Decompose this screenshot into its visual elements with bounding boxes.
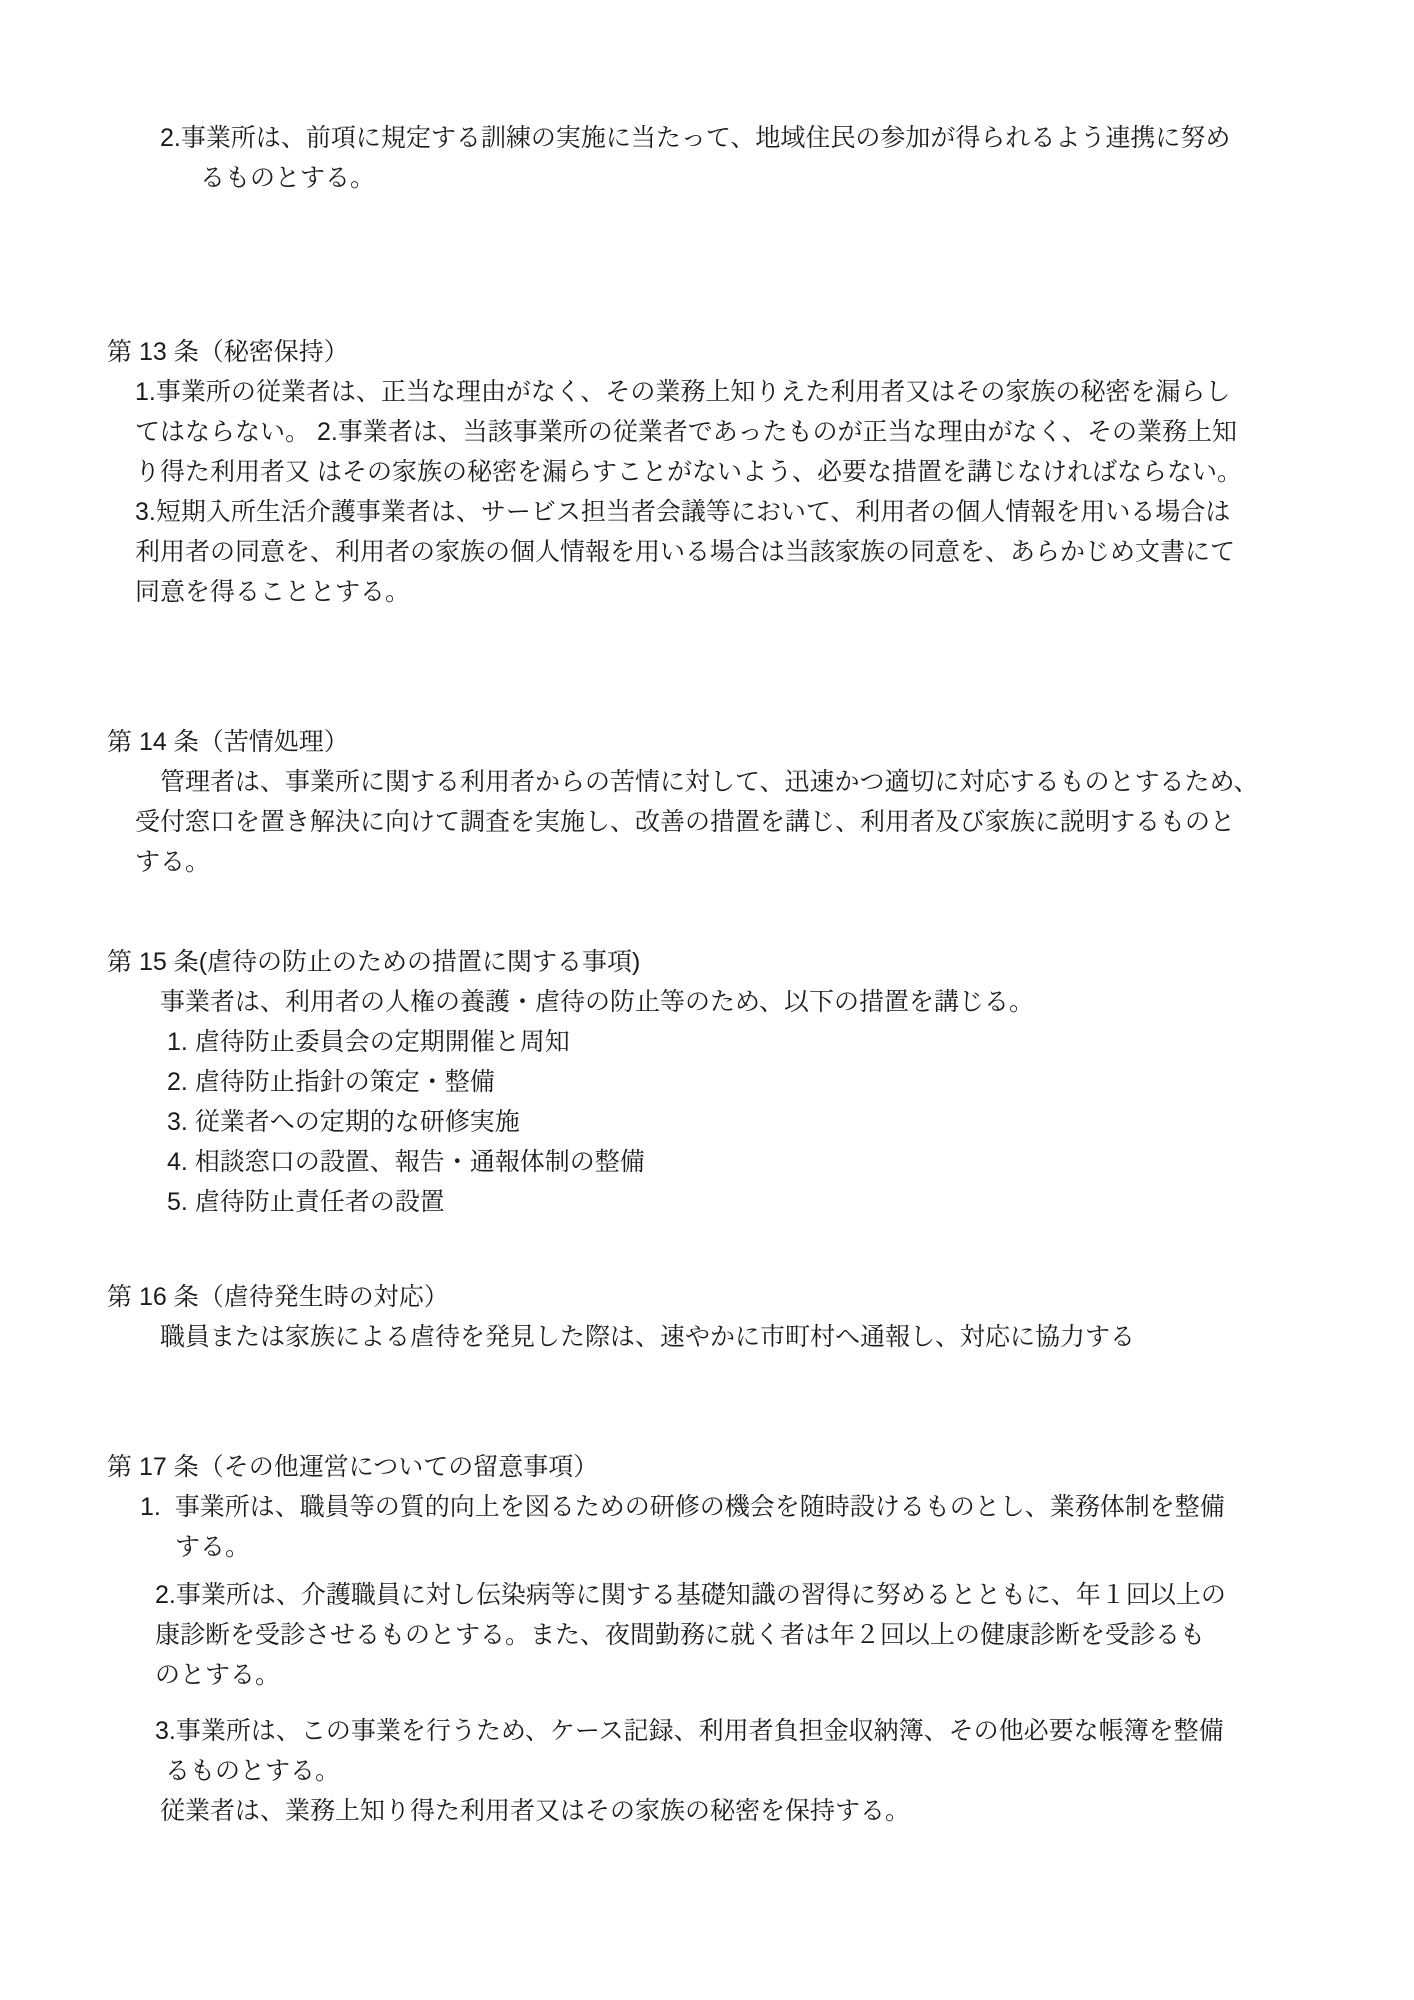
paragraph-line: てはならない。 2.事業者は、当該事業所の従業者であったものが正当な理由がなく、…	[135, 412, 1324, 452]
paragraph-line: 3.短期入所生活介護事業者は、サービス担当者会議等において、利用者の個人情報を用…	[135, 492, 1324, 532]
paragraph-line: 利用者の同意を、利用者の家族の個人情報を用いる場合は当該家族の同意を、あらかじめ…	[135, 532, 1324, 572]
section-article-13: 第 13 条（秘密保持） 1.事業所の従業者は、正当な理由がなく、その業務上知り…	[107, 332, 1324, 612]
list-item: 3. 従業者への定期的な研修実施	[167, 1102, 1324, 1142]
list-item: 2. 虐待防止指針の策定・整備	[167, 1062, 1324, 1102]
paragraph-line: する。	[175, 1527, 1324, 1567]
paragraph-line: 康診断を受診させるものとする。また、夜間勤務に就く者は年２回以上の健康診断を受診…	[155, 1615, 1324, 1655]
paragraph-line: 職員または家族による虐待を発見した際は、速やかに市町村へ通報し、対応に協力する	[160, 1317, 1324, 1357]
article-17-heading: 第 17 条（その他運営についての留意事項）	[107, 1447, 1324, 1487]
section-article-14: 第 14 条（苦情処理） 管理者は、事業所に関する利用者からの苦情に対して、迅速…	[107, 722, 1324, 882]
paragraph-line: 従業者は、業務上知り得た利用者又はその家族の秘密を保持する。	[160, 1791, 1324, 1831]
section-continuation: 2.事業所は、前項に規定する訓練の実施に当たって、地域住民の参加が得られるよう連…	[107, 118, 1324, 198]
section-article-15: 第 15 条(虐待の防止のための措置に関する事項) 事業者は、利用者の人権の養護…	[107, 942, 1324, 1222]
article-13-heading: 第 13 条（秘密保持）	[107, 332, 1324, 372]
paragraph-line: 事業者は、利用者の人権の養護・虐待の防止等のため、以下の措置を講じる。	[160, 982, 1324, 1022]
paragraph-line: する。	[135, 842, 1324, 882]
paragraph-line: 管理者は、事業所に関する利用者からの苦情に対して、迅速かつ適切に対応するものとす…	[160, 762, 1324, 802]
list-item: 1. 虐待防止委員会の定期開催と周知	[167, 1022, 1324, 1062]
list-item: 3.事業所は、この事業を行うため、ケース記録、利用者負担金収納簿、その他必要な帳…	[155, 1711, 1324, 1751]
paragraph-line: るものとする。	[200, 158, 1324, 198]
document-page: 2.事業所は、前項に規定する訓練の実施に当たって、地域住民の参加が得られるよう連…	[0, 0, 1414, 2000]
paragraph-line: り得た利用者又 はその家族の秘密を漏らすことがないよう、必要な措置を講じなければ…	[135, 452, 1324, 492]
section-article-17: 第 17 条（その他運営についての留意事項） 1. 事業所は、職員等の質的向上を…	[107, 1447, 1324, 1831]
list-item: 1. 事業所は、職員等の質的向上を図るための研修の機会を随時設けるものとし、業務…	[140, 1487, 1324, 1527]
paragraph-line: 受付窓口を置き解決に向けて調査を実施し、改善の措置を講じ、利用者及び家族に説明す…	[135, 802, 1324, 842]
article-15-heading: 第 15 条(虐待の防止のための措置に関する事項)	[107, 942, 1324, 982]
list-item: 5. 虐待防止責任者の設置	[167, 1182, 1324, 1222]
paragraph-line: のとする。	[155, 1655, 1324, 1695]
paragraph-line: 1.事業所の従業者は、正当な理由がなく、その業務上知りえた利用者又はその家族の秘…	[135, 372, 1324, 412]
article-14-heading: 第 14 条（苦情処理）	[107, 722, 1324, 762]
paragraph-line: るものとする。	[165, 1751, 1324, 1791]
paragraph-line: 2.事業所は、前項に規定する訓練の実施に当たって、地域住民の参加が得られるよう連…	[160, 118, 1324, 158]
article-16-heading: 第 16 条（虐待発生時の対応）	[107, 1277, 1324, 1317]
section-article-16: 第 16 条（虐待発生時の対応） 職員または家族による虐待を発見した際は、速やか…	[107, 1277, 1324, 1357]
list-item: 4. 相談窓口の設置、報告・通報体制の整備	[167, 1142, 1324, 1182]
list-item: 2.事業所は、介護職員に対し伝染病等に関する基礎知識の習得に努めるとともに、年１…	[155, 1575, 1324, 1615]
paragraph-line: 同意を得ることとする。	[135, 572, 1324, 612]
